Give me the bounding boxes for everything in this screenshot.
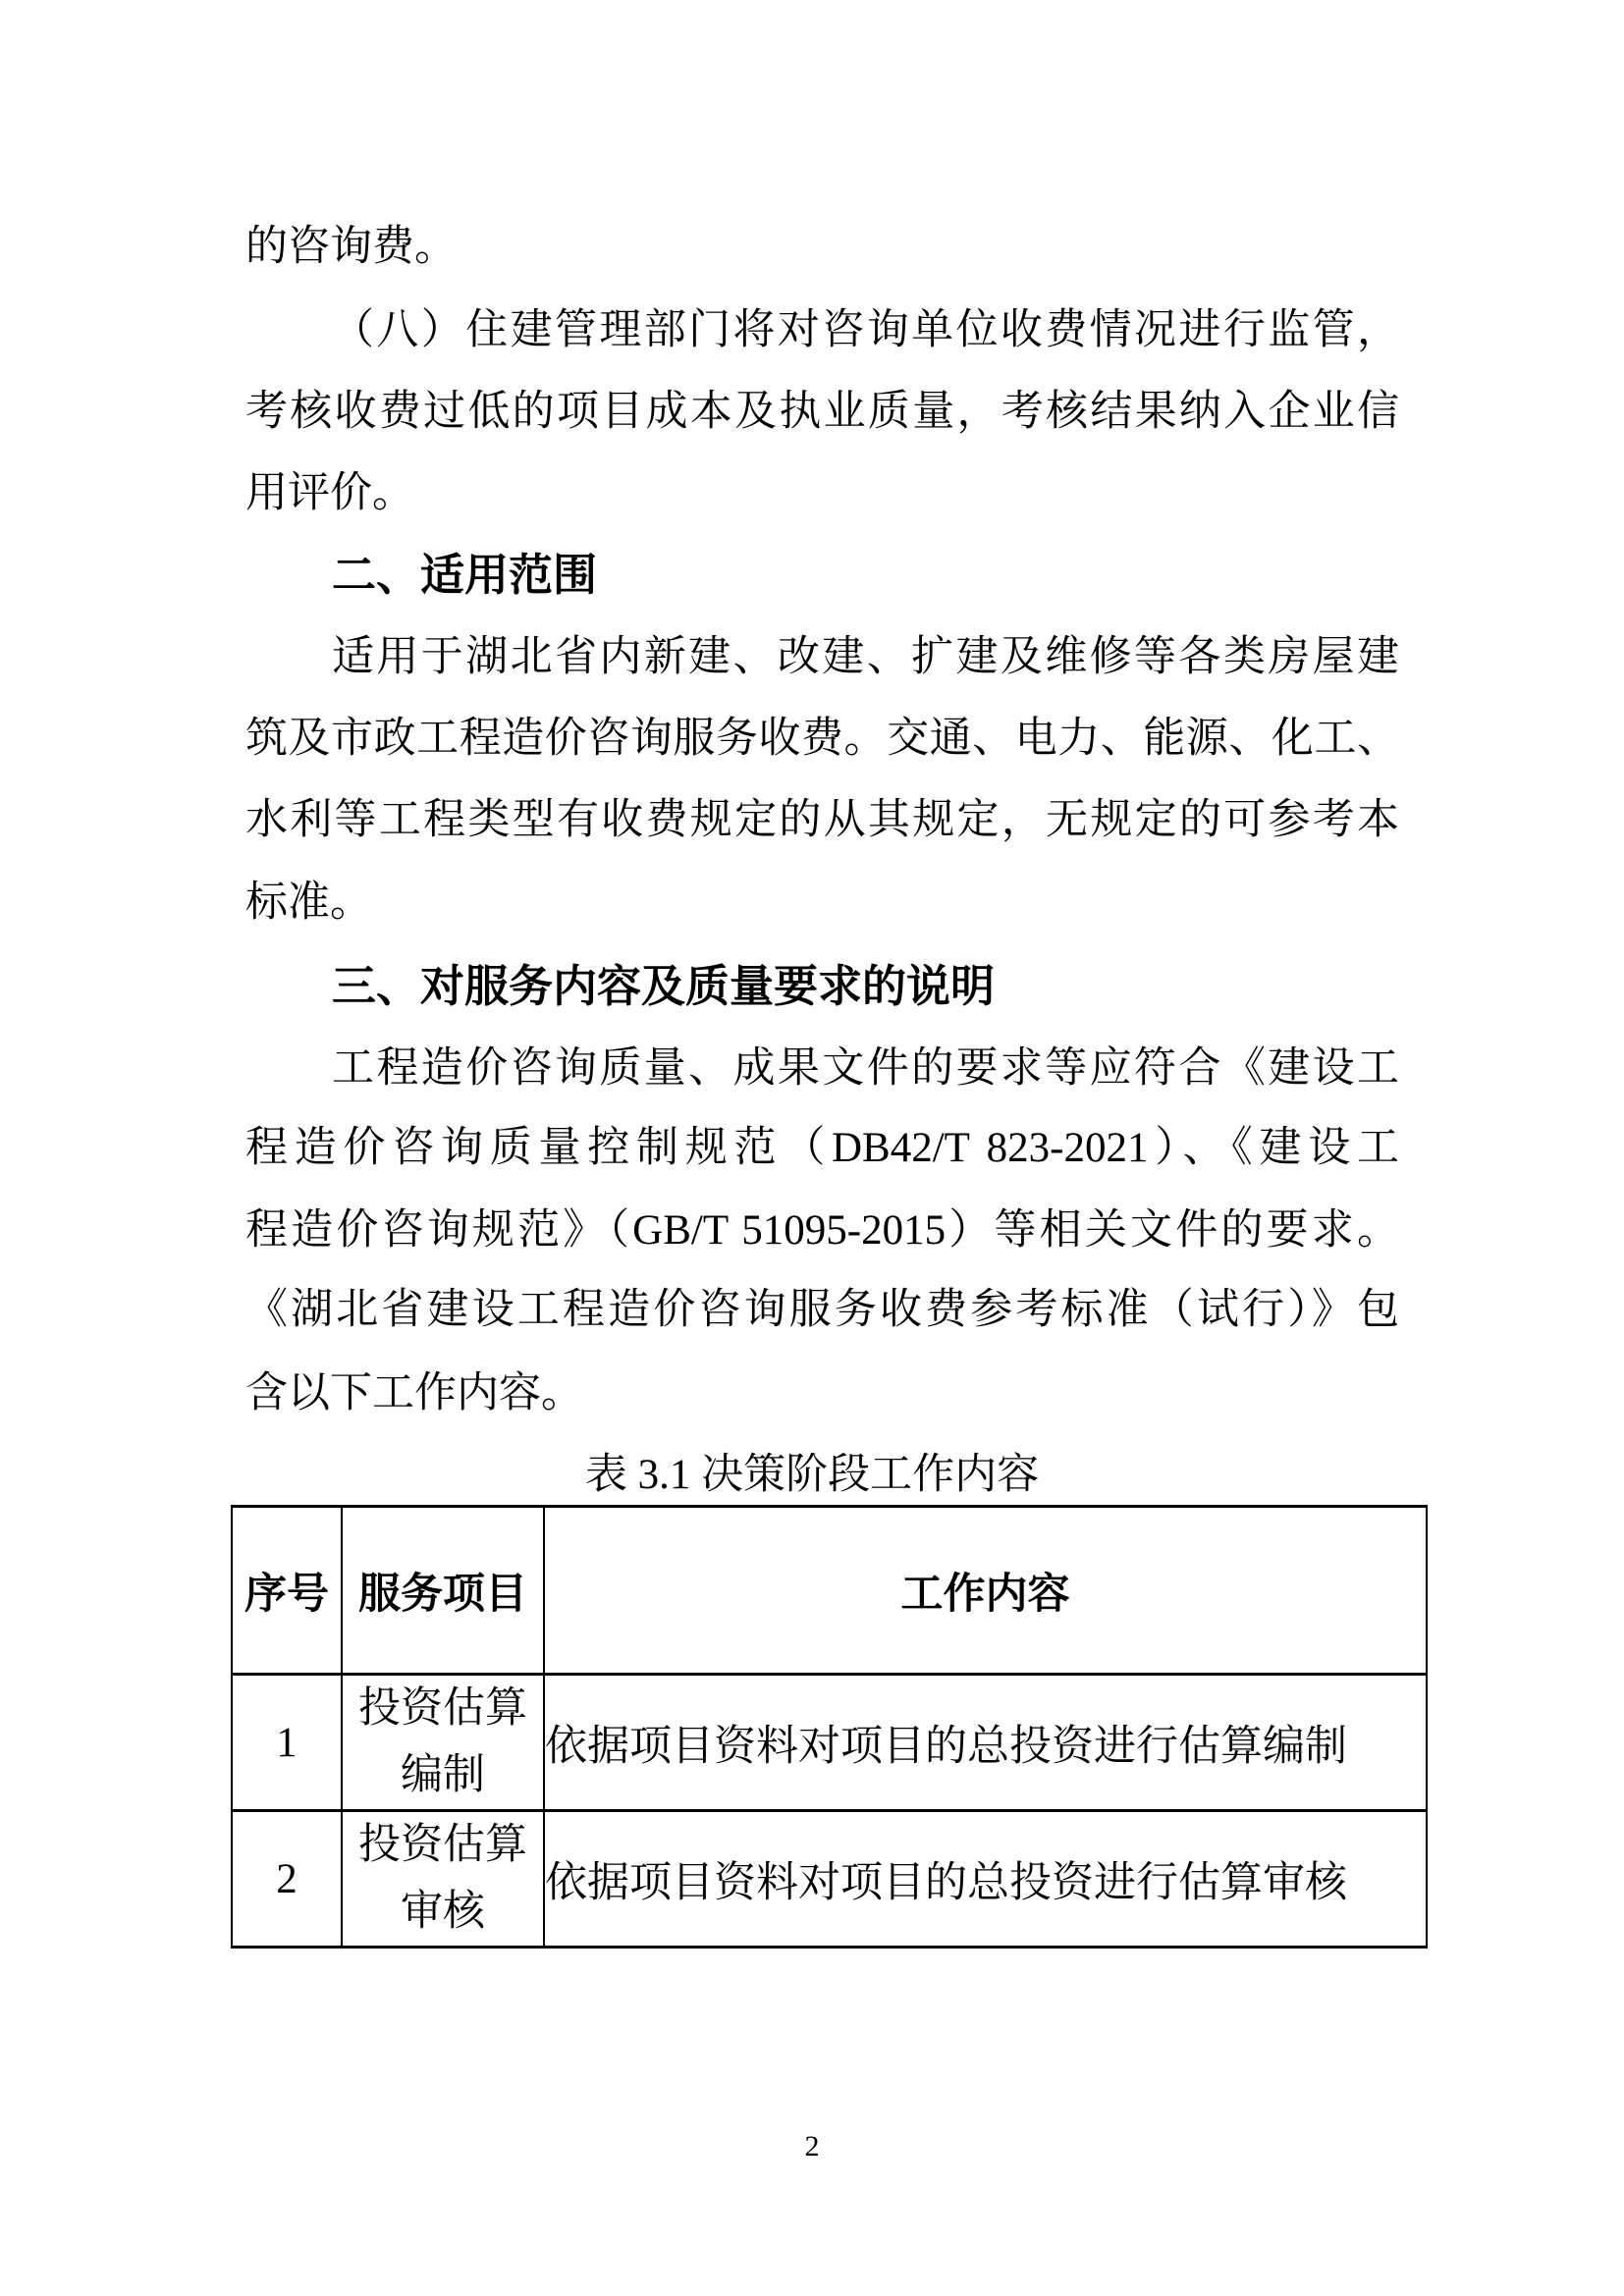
row-number-cell: 1	[232, 1675, 342, 1811]
paragraph-line: 水利等工程类型有收费规定的从其规定，无规定的可参考本	[245, 779, 1399, 862]
table-row: 1 投资估算 编制 依据项目资料对项目的总投资进行估算编制	[232, 1675, 1427, 1811]
section-heading: 三、对服务内容及质量要求的说明	[245, 945, 1399, 1028]
paragraph-line: 用评价。	[245, 453, 1399, 535]
paragraph-line: 标准。	[245, 862, 1399, 944]
section-heading: 二、适用范围	[245, 534, 1399, 616]
document-page: 的咨询费。 （八）住建管理部门将对咨询单位收费情况进行监管， 考核收费过低的项目…	[0, 0, 1624, 2296]
service-item-line: 编制	[343, 1742, 543, 1809]
service-item-cell: 投资估算 编制	[342, 1675, 544, 1811]
paragraph-line: 筑及市政工程造价咨询服务收费。交通、电力、能源、化工、	[245, 698, 1399, 780]
page-number: 2	[0, 2126, 1624, 2167]
service-item-line: 审核	[343, 1879, 543, 1946]
work-content-cell: 依据项目资料对项目的总投资进行估算编制	[544, 1675, 1427, 1811]
work-content-table: 序号 服务项目 工作内容 1 投资估算 编制 依据项目资料对项目的总投资进行估算…	[231, 1505, 1428, 1949]
column-header-work: 工作内容	[544, 1507, 1427, 1675]
paragraph-line: 工程造价咨询质量、成果文件的要求等应符合《建设工	[245, 1028, 1399, 1110]
paragraph-line: 的咨询费。	[245, 206, 1399, 289]
table-header-row: 序号 服务项目 工作内容	[232, 1507, 1427, 1675]
service-item-line: 投资估算	[343, 1812, 543, 1879]
paragraph-line: 含以下工作内容。	[245, 1353, 1399, 1435]
paragraph-line: 《湖北省建设工程造价咨询服务收费参考标准（试行）》包	[245, 1269, 1399, 1352]
paragraph-line: 程造价咨询规范》（GB/T 51095-2015）等相关文件的要求。	[245, 1190, 1399, 1272]
work-content-cell: 依据项目资料对项目的总投资进行估算审核	[544, 1811, 1427, 1948]
paragraph-line: 程造价咨询质量控制规范（DB42/T 823-2021）、《建设工	[245, 1107, 1399, 1190]
paragraph-line: 考核收费过低的项目成本及执业质量，考核结果纳入企业信	[245, 371, 1399, 454]
row-number-cell: 2	[232, 1811, 342, 1948]
table-row: 2 投资估算 审核 依据项目资料对项目的总投资进行估算审核	[232, 1811, 1427, 1948]
service-item-cell: 投资估算 审核	[342, 1811, 544, 1948]
paragraph-line: 适用于湖北省内新建、改建、扩建及维修等各类房屋建	[245, 616, 1399, 699]
column-header-service: 服务项目	[342, 1507, 544, 1675]
column-header-no: 序号	[232, 1507, 342, 1675]
service-item-line: 投资估算	[343, 1676, 543, 1742]
paragraph-line: （八）住建管理部门将对咨询单位收费情况进行监管，	[245, 290, 1399, 372]
